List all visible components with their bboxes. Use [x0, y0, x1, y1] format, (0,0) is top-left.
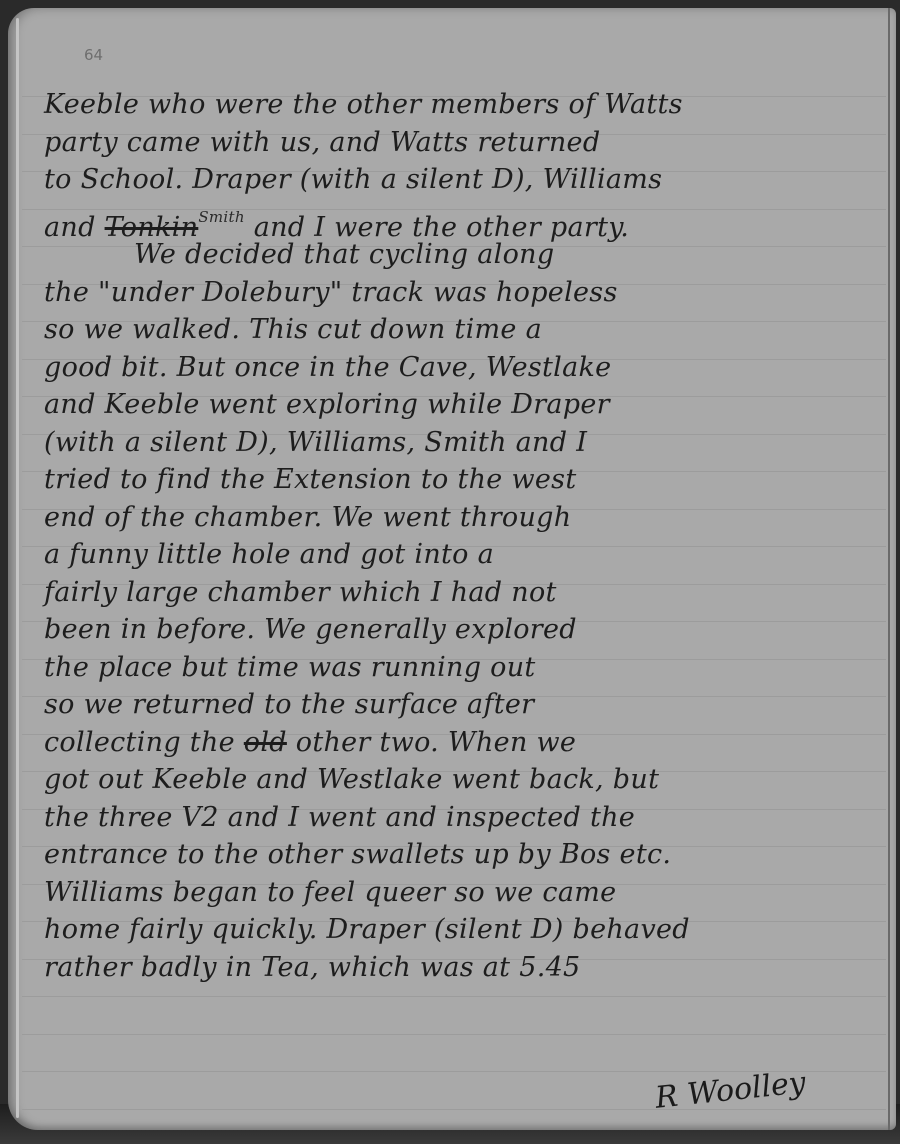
text-line: party came with us, and Watts returned — [44, 124, 864, 162]
text-line: the place but time was running out — [44, 649, 864, 687]
text-line: collecting the old other two. When we — [44, 724, 864, 762]
page-number: 64 — [84, 46, 103, 64]
inserted-word: Smith — [198, 208, 245, 226]
text-line: been in before. We generally explored — [44, 611, 864, 649]
text-line: tried to find the Extension to the west — [44, 461, 864, 499]
text-line: the "under Dolebury" track was hopeless — [44, 274, 864, 312]
text-line: We decided that cycling along — [44, 236, 864, 274]
text-line: entrance to the other swallets up by Bos… — [44, 836, 864, 874]
text-line: (with a silent D), Williams, Smith and I — [44, 424, 864, 462]
ruled-line — [22, 996, 886, 997]
text-line: end of the chamber. We went through — [44, 499, 864, 537]
text-line: the three V2 and I went and inspected th… — [44, 799, 864, 837]
text-line: got out Keeble and Westlake went back, b… — [44, 761, 864, 799]
ruled-line — [22, 1034, 886, 1035]
text-line: Williams began to feel queer so we came — [44, 874, 864, 912]
text-line: and TonkinSmith and I were the other par… — [44, 199, 864, 237]
text-line: a funny little hole and got into a — [44, 536, 864, 574]
text-line: rather badly in Tea, which was at 5.45 — [44, 949, 864, 987]
struck-word: old — [244, 727, 287, 758]
text-line: and Keeble went exploring while Draper — [44, 386, 864, 424]
text-line: Keeble who were the other members of Wat… — [44, 86, 864, 124]
text-line: so we returned to the surface after — [44, 686, 864, 724]
ruled-line — [22, 1109, 886, 1110]
handwritten-text: Keeble who were the other members of Wat… — [44, 86, 864, 986]
text-line: fairly large chamber which I had not — [44, 574, 864, 612]
text-line: home fairly quickly. Draper (silent D) b… — [44, 911, 864, 949]
notebook-page: 64 Keeble who were the other members of … — [8, 8, 896, 1130]
text-line: to School. Draper (with a silent D), Wil… — [44, 161, 864, 199]
text-line: good bit. But once in the Cave, Westlake — [44, 349, 864, 387]
text-line: so we walked. This cut down time a — [44, 311, 864, 349]
